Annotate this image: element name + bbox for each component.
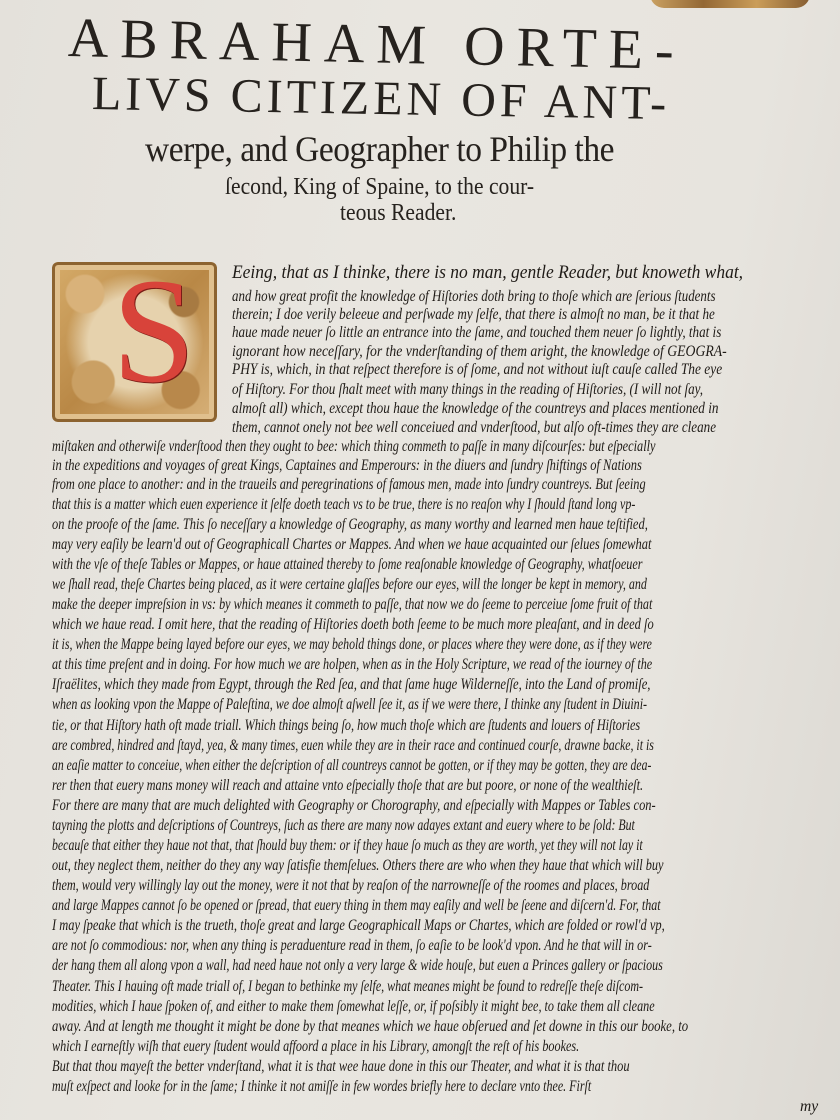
body-line: we ſhall read, theſe Chartes being place… [52,576,647,594]
body-line: For there are many that are much delight… [52,797,656,815]
body-line: almoſt all) which, except thou haue the … [232,400,719,418]
body-line: which we haue read. I omit here, that th… [52,616,654,634]
decorated-initial: S [52,262,217,422]
body-line: Theater. This I hauing oft made triall o… [52,978,643,996]
body-line: muſt exſpect and looke for in the ſame; … [52,1078,591,1096]
body-line: But that thou mayeſt the better vnderſta… [52,1058,630,1076]
body-line: rer then that euery mans money will reac… [52,777,643,795]
body-line: them, cannot onely not bee well conceiue… [232,419,716,437]
title-line-2: LIVS CITIZEN OF ANT- [92,66,671,131]
body-line: haue made neuer ſo little an entrance in… [232,324,721,342]
body-line: away. And at length me thought it might … [52,1018,688,1036]
body-line: with the vſe of theſe Tables or Mappes, … [52,556,642,574]
body-line: at this time preſent and in doing. For h… [52,656,652,674]
body-line: that this is a matter which euen experie… [52,496,635,514]
body-line: on the proofe of the ſame. This ſo neceſ… [52,516,648,534]
body-line: therein; I doe verily beleeue and perſwa… [232,306,715,324]
body-line: Iſraëlites, which they made from Egypt, … [52,676,650,694]
body-line: when as looking vpon the Mappe of Paleſt… [52,696,647,714]
body-line: Eeing, that as I thinke, there is no man… [232,262,775,284]
body-line: an eaſie matter to conceiue, when either… [52,757,651,775]
body-line: it is, when the Mappe being layed before… [52,636,652,654]
body-line: tie, or that Hiſtory hath oft made trial… [52,717,640,735]
body-line: PHY is, which, in that reſpect therefore… [232,361,722,379]
body-line: make the deeper impreſsion in vs: by whi… [52,596,652,614]
body-line: them, would very willingly lay out the m… [52,877,649,895]
body-line: ignorant how neceſſary, for the vnderſta… [232,343,727,361]
body-line: miſtaken and otherwiſe vnderſtood then t… [52,438,656,456]
top-ornament [650,0,810,8]
title-line-3: werpe, and Geographer to Philip the [145,128,614,170]
body-line: tayning the plotts and deſcriptions of C… [52,817,635,835]
body-line: and large Mappes cannot ſo be opened or … [52,897,661,915]
body-line: becauſe that either they haue not that, … [52,837,643,855]
body-line: and how great profit the knowledge of Hi… [232,288,716,306]
body-line: modities, which I haue ſpoken of, and ei… [52,998,655,1016]
body-line: from one place to another: and in the tr… [52,476,646,494]
body-line: may very eaſily be learn'd out of Geogra… [52,536,651,554]
title-line-5: teous Reader. [340,200,456,227]
body-line: of Hiſtory. For thou ſhalt meet with man… [232,381,703,399]
initial-letter: S [112,256,195,406]
body-line: are combred, hindred and ſtayd, yea, & m… [52,737,654,755]
body-line: which I earneſtly wiſh that euery ſtuden… [52,1038,579,1056]
body-line: der hang them all along vpon a wall, had… [52,957,663,975]
body-line: out, they neglect them, neither do they … [52,857,663,875]
body-line: I may ſpeake that which is the trueth, t… [52,917,665,935]
title-line-4: ſecond, King of Spaine, to the cour- [225,174,534,201]
catchword: my [800,1098,818,1116]
body-line: in the expeditions and voyages of great … [52,457,642,475]
body-line: are not ſo commodious: nor, when any thi… [52,937,652,955]
